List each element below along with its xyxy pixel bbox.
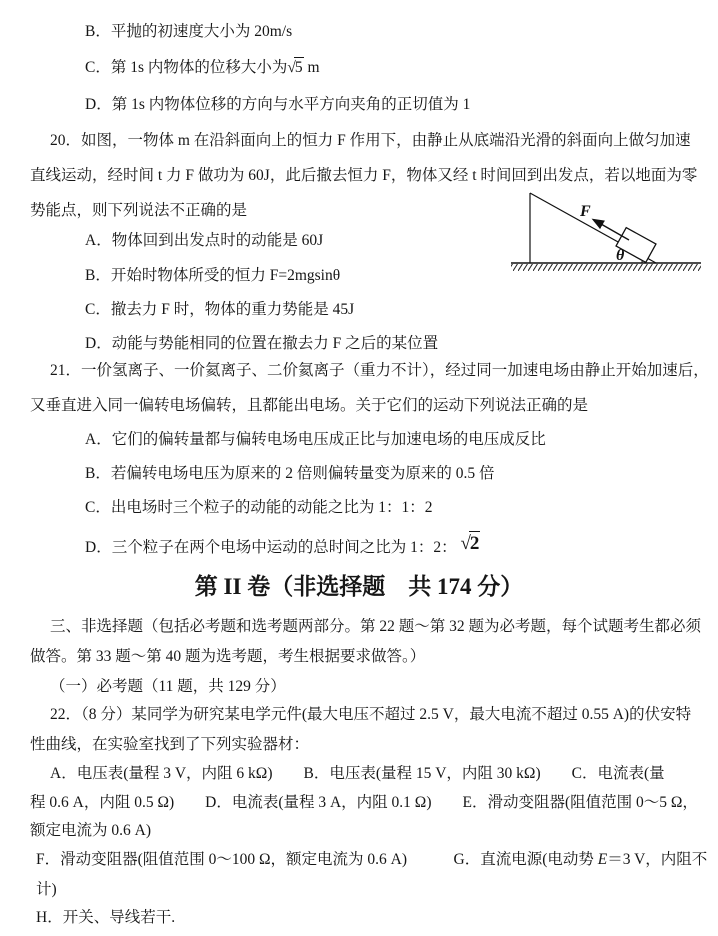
prev-question-option-c: C．第 1s 内物体的位移大小为√5 m (85, 57, 320, 77)
question-20-stem-line-1: 20．如图，一物体 m 在沿斜面向上的恒力 F 作用下，由静止从底端沿光滑的斜面… (50, 131, 691, 150)
ground-hatch (511, 264, 701, 271)
question-21-stem-line-2: 又垂直进入同一偏转电场偏转，且都能出电场。关于它们的运动下列说法正确的是 (30, 396, 588, 415)
option-d-text: D．三个粒子在两个电场中运动的总时间之比为 1：2： (85, 539, 460, 556)
question-21-option-d: D．三个粒子在两个电场中运动的总时间之比为 1：2： √2 (85, 531, 480, 557)
question-20-stem-line-3: 势能点，则下列说法不正确的是 (30, 201, 247, 220)
question-22-equipment-line-2: 程 0.6 A，内阻 0.5 Ω) D．电流表(量程 3 A，内阻 0.1 Ω)… (30, 793, 698, 812)
question-21-option-a: A．它们的偏转量都与偏转电场电压成正比与加速电场的电压成反比 (85, 430, 546, 449)
question-20-option-c: C．撤去力 F 时，物体的重力势能是 45J (85, 300, 354, 319)
sqrt-radical: √2 (460, 531, 480, 556)
angle-label: θ (616, 247, 625, 264)
question-22-equipment-line-3: 额定电流为 0.6 A) (30, 821, 151, 840)
required-questions-subheading: （一）必考题（11 题，共 129 分） (50, 677, 286, 696)
option-c-text: C．第 1s 内物体的位移大小为 (85, 59, 287, 76)
prev-question-option-d: D．第 1s 内物体位移的方向与水平方向夹角的正切值为 1 (85, 95, 470, 114)
force-arrow (594, 220, 629, 240)
question-21-option-c: C．出电场时三个粒子的动能的动能之比为 1：1：2 (85, 498, 432, 517)
question-21-option-b: B．若偏转电场电压为原来的 2 倍则偏转量变为原来的 0.5 倍 (85, 464, 494, 483)
sqrt-radical: √5 (287, 57, 303, 77)
part-2-heading: 第 II 卷（非选择题 共 174 分） (0, 568, 718, 601)
question-22-equipment-line-6: H．开关、导线若干. (36, 908, 175, 927)
question-22-equipment-line-1: A．电压表(量程 3 V，内阻 6 kΩ) B．电压表(量程 15 V，内阻 3… (50, 764, 665, 783)
question-21-stem-line-1: 21．一价氢离子、一价氦离子、二价氦离子（重力不计），经过同一加速电场由静止开始… (50, 361, 709, 380)
question-22-equipment-line-4: F．滑动变阻器(阻值范围 0～100 Ω，额定电流为 0.6 A) G．直流电源… (36, 850, 707, 869)
question-22-stem-line-1: 22．（8 分）某同学为研究某电学元件(最大电压不超过 2.5 V，最大电流不超… (50, 705, 691, 724)
question-20-option-b: B．开始时物体所受的恒力 F=2mgsinθ (85, 266, 340, 285)
section-3-intro-line-2: 做答。第 33 题～第 40 题为选考题，考生根据要求做答。） (30, 647, 425, 666)
exam-page: B．平抛的初速度大小为 20m/s C．第 1s 内物体的位移大小为√5 m D… (0, 0, 718, 936)
force-label: F (579, 203, 591, 220)
emf-symbol: E (598, 851, 607, 868)
question-20-option-a: A．物体回到出发点时的动能是 60J (85, 231, 323, 250)
section-3-intro-line-1: 三、非选择题（包括必考题和选考题两部分。第 22 题～第 32 题为必考题，每个… (50, 617, 701, 636)
question-20-option-d: D．动能与势能相同的位置在撤去力 F 之后的某位置 (85, 334, 438, 353)
question-22-stem-line-2: 性曲线，在实验室找到了下列实验器材： (30, 735, 309, 754)
incline-figure: F θ (508, 183, 708, 278)
question-22-equipment-line-5: 计) (36, 880, 57, 899)
prev-question-option-b: B．平抛的初速度大小为 20m/s (85, 22, 292, 41)
